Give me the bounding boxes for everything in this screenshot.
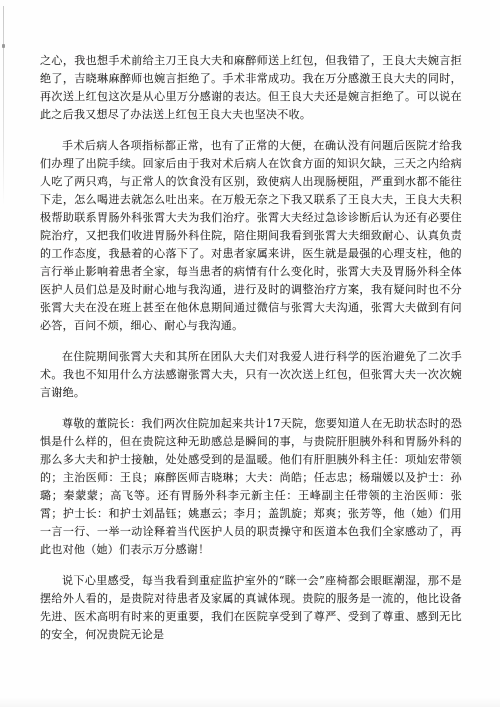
letter-paragraph-continuation: 之心，我也想手术前给主刀王良大夫和麻醉师送上红包，但我错了，王良大夫婉言拒绝了，… <box>40 52 462 124</box>
scan-edge-artifact <box>3 6 4 206</box>
letter-body: 之心，我也想手术前给主刀王良大夫和麻醉师送上红包，但我错了，王良大夫婉言拒绝了，… <box>40 52 462 657</box>
letter-paragraph-recovery: 手术后病人各项指标都正常，也有了正常的大便，在确认没有问题后医院才给我们办理了出… <box>40 137 462 335</box>
letter-paragraph-thanks-to-president: 尊敬的董院长：我们两次住院加起来共计17天院，您要知道人在无助状态时的恐惧是什么… <box>40 415 462 559</box>
letter-paragraph-hospital-stay: 在住院期间张霄大夫和其所在团队大夫们对我爱人进行科学的医治避免了二次手术。我也不… <box>40 348 462 402</box>
scan-speck-artifact <box>2 44 5 48</box>
letter-paragraph-feelings: 说下心里感受，每当我看到重症监护室外的“眯一会”座椅都会眼眶潮湿，那不是摆给外人… <box>40 572 462 644</box>
scan-shadow-artifact <box>0 697 500 707</box>
scanned-letter-page: 之心，我也想手术前给主刀王良大夫和麻醉师送上红包，但我错了，王良大夫婉言拒绝了，… <box>0 0 500 707</box>
